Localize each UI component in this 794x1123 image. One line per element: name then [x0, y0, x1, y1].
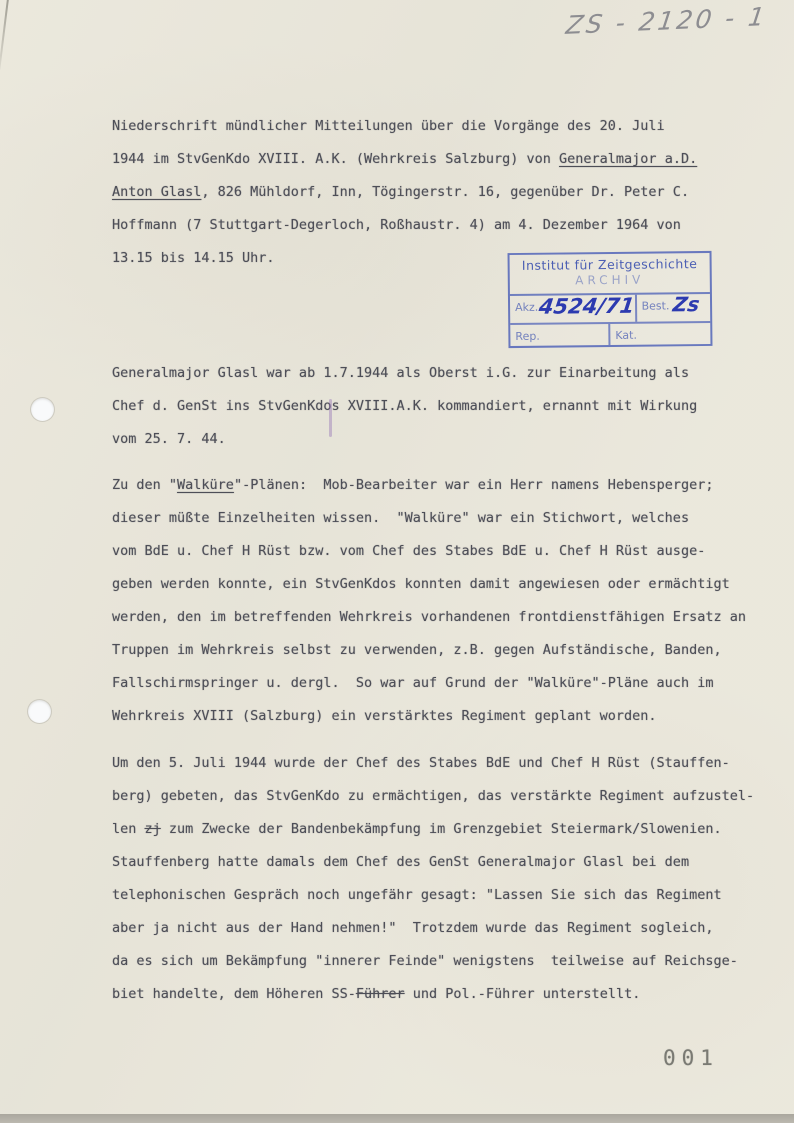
typescript-line: Zu den "Walküre"-Plänen: Mob-Bearbeiter … [112, 469, 772, 502]
stamp-best-handwritten-value: Zs [672, 292, 702, 316]
typescript-line: Um den 5. Juli 1944 wurde der Chef des S… [112, 747, 772, 780]
stamp-akz-label: Akz. [515, 299, 538, 314]
stamp-kat-label: Kat. [615, 327, 637, 342]
stamp-best-label: Best. [641, 297, 669, 312]
typescript-line: berg) gebeten, das StvGenKdo zu ermächti… [112, 780, 772, 813]
scan-background-edge [0, 1114, 794, 1123]
typescript-line: Niederschrift mündlicher Mitteilungen üb… [112, 110, 772, 143]
typescript-line: Fallschirmspringer u. dergl. So war auf … [112, 667, 772, 700]
typescript-paragraph-header: Niederschrift mündlicher Mitteilungen üb… [112, 110, 772, 275]
paper-sheet: ZS - 2120 - 1 Niederschrift mündlicher M… [0, 0, 794, 1114]
stamp-field-kat: Kat. [608, 323, 710, 345]
stamp-akz-handwritten-value: 4524/71 [538, 294, 636, 319]
stamp-header: Institut für Zeitgeschichte ARCHIV [510, 253, 710, 296]
typescript-line: biet handelte, dem Höheren SS-Führer und… [112, 978, 772, 1011]
typescript-line: geben werden konnte, ein StvGenKdos konn… [112, 568, 772, 601]
pencil-mark [329, 399, 332, 437]
typescript-line: vom 25. 7. 44. [112, 423, 772, 456]
typescript-line: Hoffmann (7 Stuttgart-Degerloch, Roßhaus… [112, 209, 772, 242]
typescript-line: len zj zum Zwecke der Bandenbekämpfung i… [112, 813, 772, 846]
typescript-line: da es sich um Bekämpfung "innerer Feinde… [112, 945, 772, 978]
stamp-rep-label: Rep. [515, 328, 540, 343]
typescript-paragraph-commission: Generalmajor Glasl war ab 1.7.1944 als O… [112, 357, 772, 456]
stamp-row-akz-best: Akz. 4524/71 Best. Zs [510, 294, 710, 323]
archive-signature-note: ZS - 2120 - 1 [564, 1, 788, 40]
punch-hole-top [31, 398, 54, 421]
stamp-row-rep-kat: Rep. Kat. [510, 321, 710, 346]
typescript-line: aber ja nicht aus der Hand nehmen!" Trot… [112, 912, 772, 945]
typescript-line: dieser müßte Einzelheiten wissen. "Walkü… [112, 502, 772, 535]
punch-hole-bottom [28, 700, 51, 723]
typescript-line: Anton Glasl, 826 Mühldorf, Inn, Töginger… [112, 176, 772, 209]
paper-crease [0, 0, 10, 70]
typescript-paragraph-regiment: Um den 5. Juli 1944 wurde der Chef des S… [112, 747, 772, 1011]
typescript-line: Generalmajor Glasl war ab 1.7.1944 als O… [112, 357, 772, 390]
page-number-stamp: 001 [663, 1046, 719, 1070]
stamp-institute-name: Institut für Zeitgeschichte [510, 256, 710, 273]
typescript-line: Stauffenberg hatte damals dem Chef des G… [112, 846, 772, 879]
typescript-line: werden, den im betreffenden Wehrkreis vo… [112, 601, 772, 634]
typescript-line: Truppen im Wehrkreis selbst zu verwenden… [112, 634, 772, 667]
stamp-field-akz: Akz. 4524/71 [510, 295, 635, 323]
archive-stamp: Institut für Zeitgeschichte ARCHIV Akz. … [508, 251, 713, 348]
stamp-field-rep: Rep. [510, 324, 608, 346]
stamp-field-best: Best. Zs [634, 294, 710, 322]
stamp-archive-label: ARCHIV [510, 272, 710, 288]
typescript-line: telephonischen Gespräch noch ungefähr ge… [112, 879, 772, 912]
typescript-line: vom BdE u. Chef H Rüst bzw. vom Chef des… [112, 535, 772, 568]
typescript-paragraph-walkuere: Zu den "Walküre"-Plänen: Mob-Bearbeiter … [112, 469, 772, 733]
typescript-line: Chef d. GenSt ins StvGenKdos XVIII.A.K. … [112, 390, 772, 423]
typescript-line: 1944 im StvGenKdo XVIII. A.K. (Wehrkreis… [112, 143, 772, 176]
typescript-line: Wehrkreis XVIII (Salzburg) ein verstärkt… [112, 700, 772, 733]
